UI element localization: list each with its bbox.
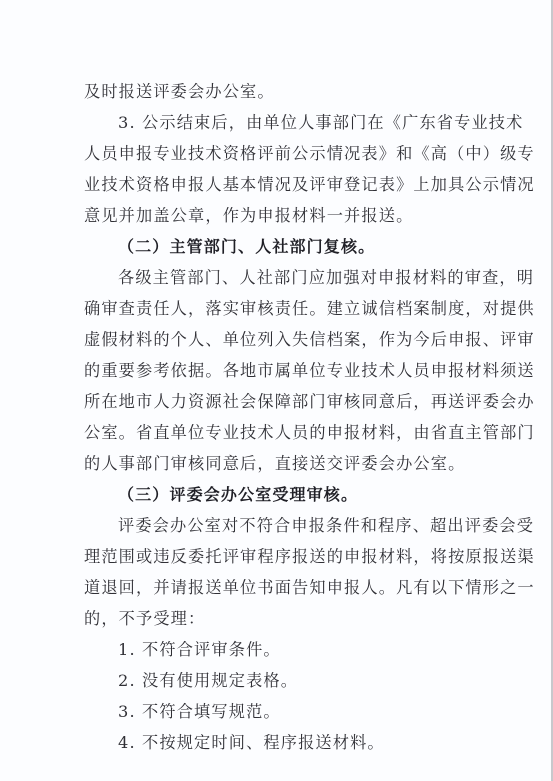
section-2-line: 各级主管部门、人社部门应加强对申报材料的审查，明	[84, 264, 470, 295]
section-3-line: 道退回，并请报送单位书面告知申报人。凡有以下情形之一	[84, 574, 470, 605]
paragraph-continuation-line: 及时报送评委会办公室。	[84, 78, 470, 109]
point-3-line: 意见并加盖公章，作为申报材料一并报送。	[84, 202, 470, 233]
section-2-line: 虚假材料的个人、单位列入失信档案，作为今后申报、评审	[84, 326, 470, 357]
section-3-line: 的，不予受理：	[84, 605, 470, 636]
rejection-item: 1. 不符合评审条件。	[84, 636, 470, 667]
point-3-line: 人员申报专业技术资格评前公示情况表》和《高（中）级专	[84, 140, 470, 171]
section-3-heading: （三）评委会办公室受理审核。	[84, 481, 470, 512]
section-2-line: 确审查责任人，落实审核责任。建立诚信档案制度，对提供	[84, 295, 470, 326]
section-2-line: 公室。省直单位专业技术人员的申报材料，由省直主管部门	[84, 419, 470, 450]
section-2-line: 的重要参考依据。各地市属单位专业技术人员申报材料须送	[84, 357, 470, 388]
rejection-item: 3. 不符合填写规范。	[84, 698, 470, 729]
section-2-line: 所在地市人力资源社会保障部门审核同意后，再送评委会办	[84, 388, 470, 419]
section-3-line: 理范围或违反委托评审程序报送的申报材料，将按原报送渠	[84, 543, 470, 574]
point-3-line: 3. 公示结束后，由单位人事部门在《广东省专业技术	[84, 109, 470, 140]
document-body: 及时报送评委会办公室。 3. 公示结束后，由单位人事部门在《广东省专业技术 人员…	[84, 78, 470, 760]
section-3-line: 评委会办公室对不符合申报条件和程序、超出评委会受	[84, 512, 470, 543]
document-page: 及时报送评委会办公室。 3. 公示结束后，由单位人事部门在《广东省专业技术 人员…	[0, 0, 553, 781]
rejection-item: 4. 不按规定时间、程序报送材料。	[84, 729, 470, 760]
section-2-heading: （二）主管部门、人社部门复核。	[84, 233, 470, 264]
rejection-item: 2. 没有使用规定表格。	[84, 667, 470, 698]
point-3-line: 业技术资格申报人基本情况及评审登记表》上加具公示情况	[84, 171, 470, 202]
section-2-line: 的人事部门审核同意后，直接送交评委会办公室。	[84, 450, 470, 481]
